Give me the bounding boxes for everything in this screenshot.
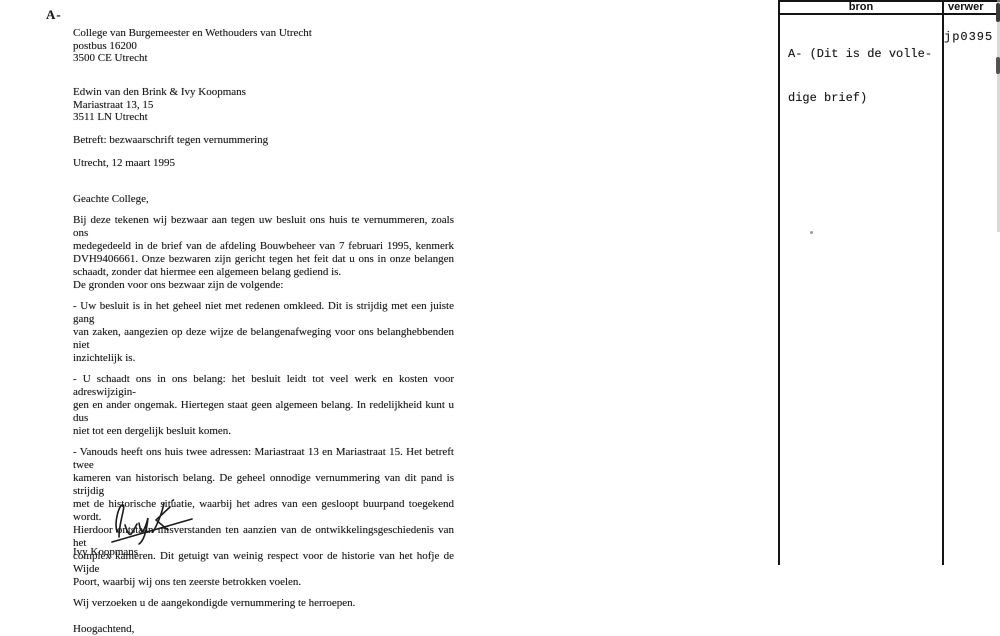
letter-line: van zaken, aangezien op deze wijze de be… [73,326,454,352]
bron-annotation-note: A- (Dit is de volle- dige brief) [788,18,932,134]
letter-line: gen en ander ongemak. Hiertegen staat ge… [73,399,454,425]
salutation: Geachte College, [73,193,454,206]
letter-line: De gronden voor ons bezwaar zijn de volg… [73,279,454,292]
letter-line: Poort, waarbij wij ons ten zeerste betro… [73,576,454,589]
scan-edge-smudge [996,57,1000,74]
sender-line: 3511 LN Utrecht [73,111,473,124]
date-line: Utrecht, 12 maart 1995 [73,157,175,169]
handwritten-signature [106,496,198,548]
scanned-letter-page: A- College van Burgemeester en Wethouder… [0,0,1000,636]
closing-line: Hoogachtend, [73,623,454,636]
verwerking-code: jp0395 [944,30,993,44]
letter-line: - Vanouds heeft ons huis twee adressen: … [73,446,454,472]
letter-line: - U schaadt ons in ons belang: het beslu… [73,373,454,399]
table-left-border [778,0,780,565]
signer-name: Ivy Koopmans [73,546,138,558]
letter-line: medegedeeld in de brief van de afdeling … [73,240,454,253]
letter-line: kameren van historisch belang. De geheel… [73,472,454,498]
table-column-divider [942,0,944,565]
scan-speck [810,231,813,234]
letter-paragraph: - U schaadt ons in ons belang: het beslu… [73,373,454,438]
letter-paragraph: Bij deze tekenen wij bezwaar aan tegen u… [73,214,454,292]
recipient-line: 3500 CE Utrecht [73,52,473,65]
recipient-address-block: College van Burgemeester en Wethouders v… [73,27,473,65]
margin-mark: A- [46,7,62,23]
letter-line: schaadt, zonder dat hiermee een algemeen… [73,266,454,279]
subject-line: Betreft: bezwaarschrift tegen vernummeri… [73,134,268,146]
letter-paragraph: - Uw besluit is in het geheel niet met r… [73,300,454,365]
letter-line: Wij verzoeken u de aangekondigde vernumm… [73,597,454,610]
sender-line: Edwin van den Brink & Ivy Koopmans [73,86,473,99]
bron-note-line: A- (Dit is de volle- [788,47,932,62]
sender-line: Mariastraat 13, 15 [73,99,473,112]
sender-address-block: Edwin van den Brink & Ivy Koopmans Maria… [73,86,473,124]
letter-body: Geachte College, Bij deze tekenen wij be… [73,193,454,636]
letter-line: Bij deze tekenen wij bezwaar aan tegen u… [73,214,454,240]
letter-line: niet tot een dergelijk besluit komen. [73,425,454,438]
letter-line: DVH9406661. Onze bezwaren zijn gericht t… [73,253,454,266]
letter-paragraph: Wij verzoeken u de aangekondigde vernumm… [73,597,454,610]
scan-edge-smudge [996,3,1000,22]
recipient-line: postbus 16200 [73,40,473,53]
table-header-underline [778,13,1000,15]
letter-line: inzichtelijk is. [73,352,454,365]
column-header-bron: bron [780,0,942,13]
signature-ink-strokes [106,496,198,548]
recipient-line: College van Burgemeester en Wethouders v… [73,27,473,40]
letter-line: - Uw besluit is in het geheel niet met r… [73,300,454,326]
column-header-verwerking: verwer [948,0,1000,13]
bron-note-line: dige brief) [788,91,932,106]
